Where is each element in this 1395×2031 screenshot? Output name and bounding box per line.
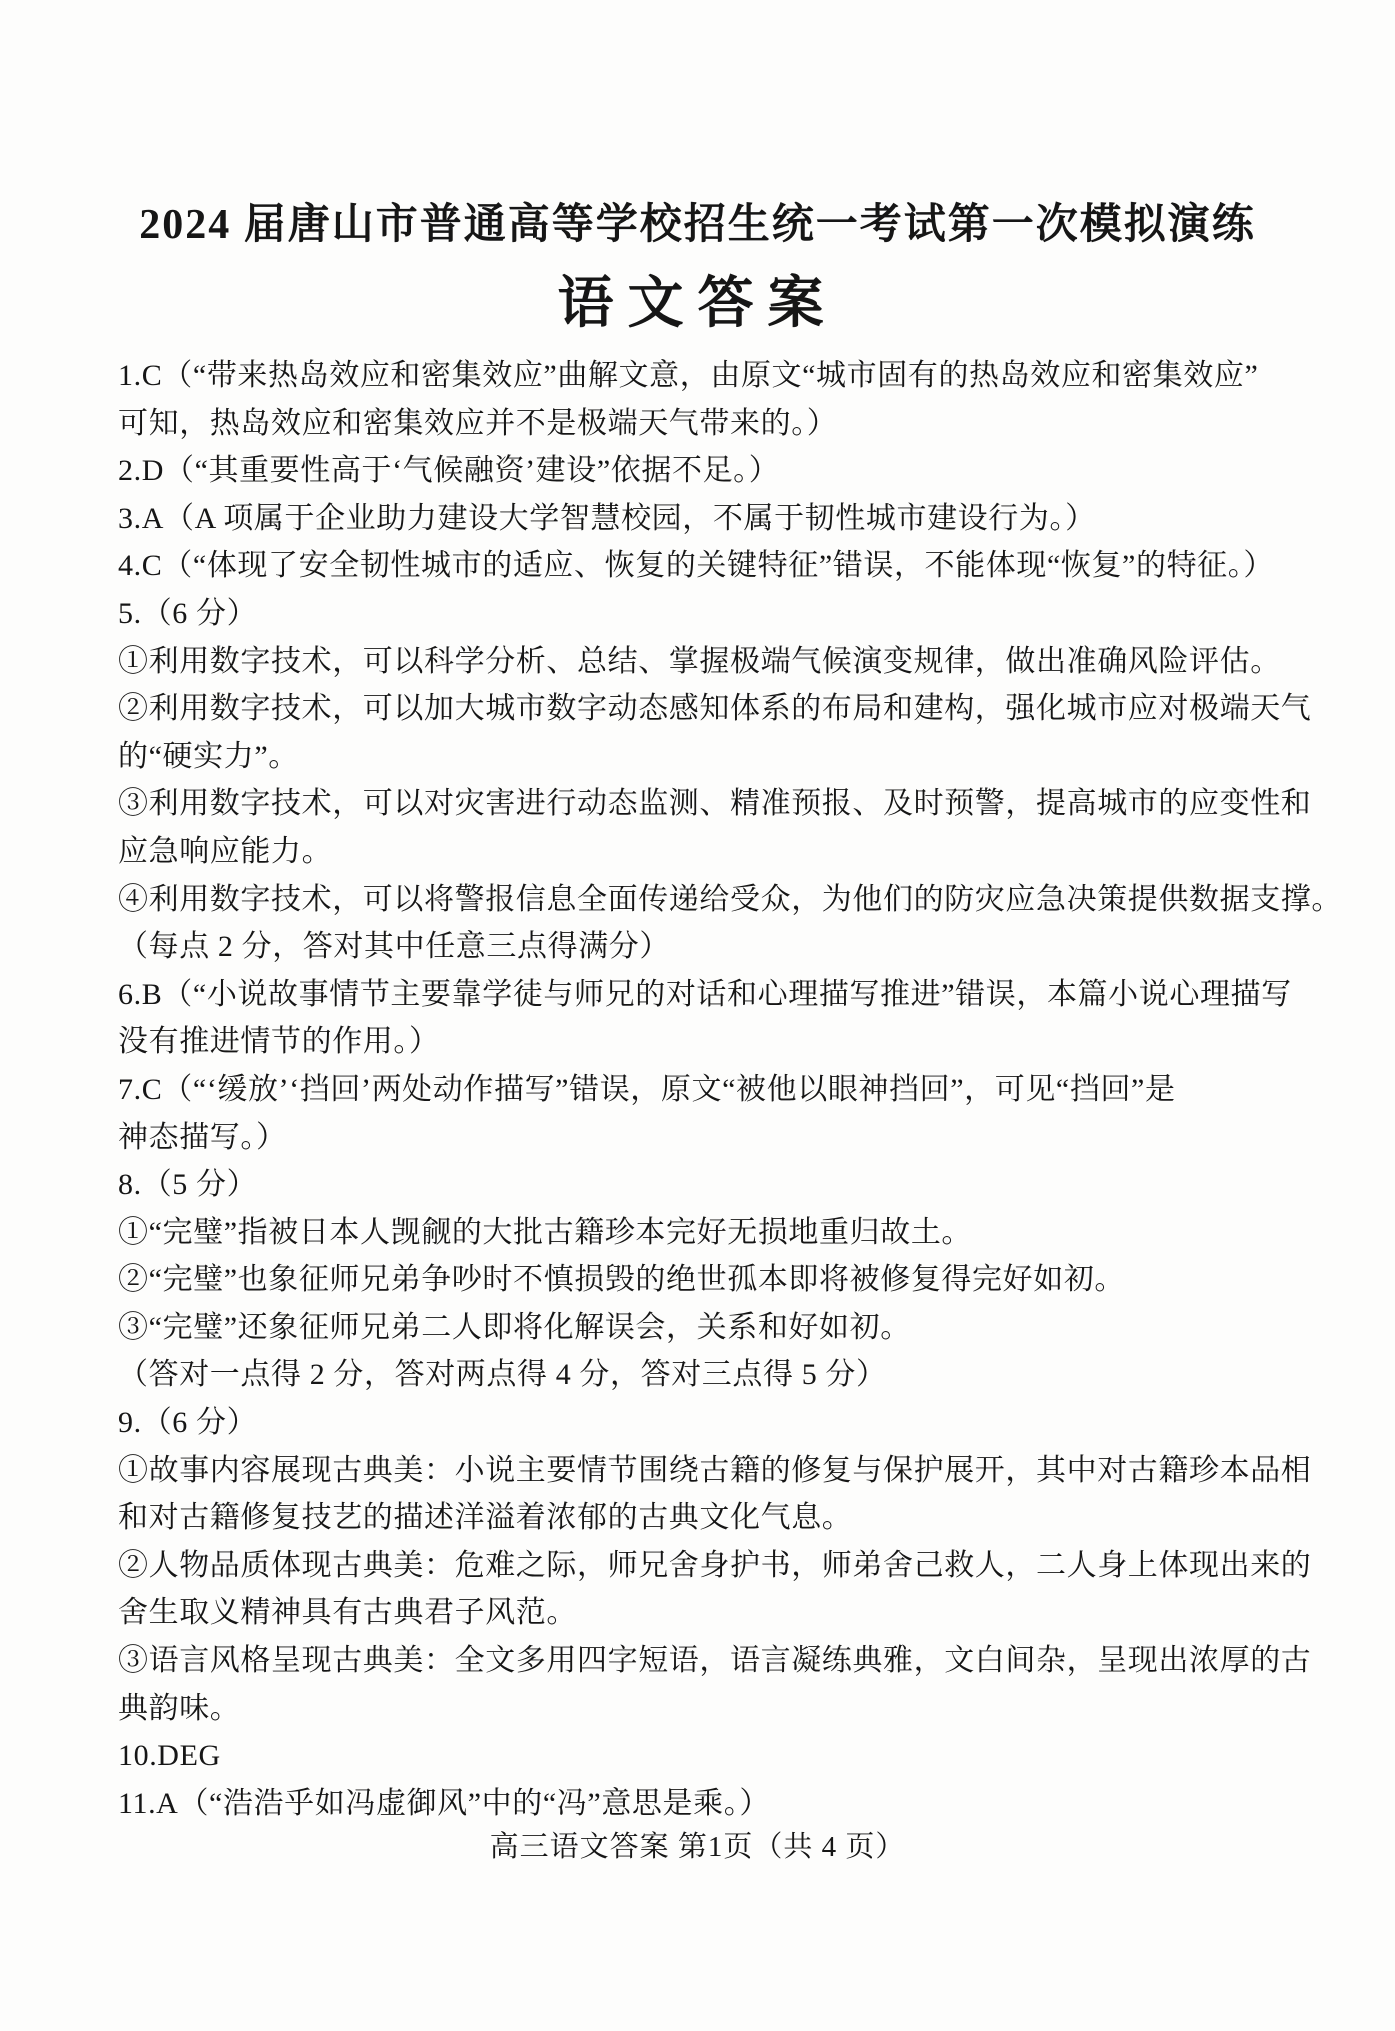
answer-line: （每点 2 分，答对其中任意三点得满分） bbox=[118, 923, 1295, 971]
answer-line: 3.A（A 项属于企业助力建设大学智慧校园，不属于韧性城市建设行为。） bbox=[118, 495, 1295, 543]
answer-line: 8.（5 分） bbox=[118, 1161, 1295, 1209]
answer-line: 舍生取义精神具有古典君子风范。 bbox=[118, 1589, 1295, 1637]
answer-line: 没有推进情节的作用。） bbox=[118, 1018, 1295, 1066]
answer-line: ③利用数字技术，可以对灾害进行动态监测、精准预报、及时预警，提高城市的应变性和 bbox=[118, 780, 1295, 828]
answer-line: ②人物品质体现古典美：危难之际，师兄舍身护书，师弟舍己救人，二人身上体现出来的 bbox=[118, 1542, 1295, 1590]
page-footer: 高三语文答案 第1页（共 4 页） bbox=[0, 1829, 1395, 1865]
answer-line: ③“完璧”还象征师兄弟二人即将化解误会，关系和好如初。 bbox=[118, 1304, 1295, 1352]
answer-line: ②“完璧”也象征师兄弟争吵时不慎损毁的绝世孤本即将被修复得完好如初。 bbox=[118, 1256, 1295, 1304]
answer-line: ①“完璧”指被日本人觊觎的大批古籍珍本完好无损地重归故土。 bbox=[118, 1209, 1295, 1257]
answer-line: ①故事内容展现古典美：小说主要情节围绕古籍的修复与保护展开，其中对古籍珍本品相 bbox=[118, 1447, 1295, 1495]
subject-answer-heading: 语文答案 bbox=[0, 272, 1395, 334]
answer-line: 神态描写。） bbox=[118, 1114, 1295, 1162]
answer-line: 5.（6 分） bbox=[118, 590, 1295, 638]
answer-line: 11.A（“浩浩乎如冯虚御风”中的“冯”意思是乘。） bbox=[118, 1780, 1295, 1828]
answer-line: 应急响应能力。 bbox=[118, 828, 1295, 876]
answers-body: 1.C（“带来热岛效应和密集效应”曲解文意，由原文“城市固有的热岛效应和密集效应… bbox=[118, 352, 1295, 1827]
answer-line: ③语言风格呈现古典美：全文多用四字短语，语言凝练典雅，文白间杂，呈现出浓厚的古 bbox=[118, 1637, 1295, 1685]
exam-title: 2024 届唐山市普通高等学校招生统一考试第一次模拟演练 bbox=[0, 200, 1395, 250]
answer-line: ②利用数字技术，可以加大城市数字动态感知体系的布局和建构，强化城市应对极端天气 bbox=[118, 685, 1295, 733]
answer-line: （答对一点得 2 分，答对两点得 4 分，答对三点得 5 分） bbox=[118, 1351, 1295, 1399]
answer-line: 典韵味。 bbox=[118, 1685, 1295, 1733]
answer-line: 4.C（“体现了安全韧性城市的适应、恢复的关键特征”错误，不能体现“恢复”的特征… bbox=[118, 542, 1295, 590]
answer-line: 6.B（“小说故事情节主要靠学徒与师兄的对话和心理描写推进”错误，本篇小说心理描… bbox=[118, 971, 1295, 1019]
answer-line: 10.DEG bbox=[118, 1732, 1295, 1780]
answer-line: 7.C（“‘缓放’‘挡回’两处动作描写”错误，原文“被他以眼神挡回”，可见“挡回… bbox=[118, 1066, 1295, 1114]
answer-sheet-page: 2024 届唐山市普通高等学校招生统一考试第一次模拟演练 语文答案 1.C（“带… bbox=[0, 0, 1395, 2031]
answer-line: 可知，热岛效应和密集效应并不是极端天气带来的。） bbox=[118, 400, 1295, 448]
answer-line: 9.（6 分） bbox=[118, 1399, 1295, 1447]
answer-line: 和对古籍修复技艺的描述洋溢着浓郁的古典文化气息。 bbox=[118, 1494, 1295, 1542]
answer-line: 的“硬实力”。 bbox=[118, 733, 1295, 781]
answer-line: 2.D（“其重要性高于‘气候融资’建设”依据不足。） bbox=[118, 447, 1295, 495]
answer-line: 1.C（“带来热岛效应和密集效应”曲解文意，由原文“城市固有的热岛效应和密集效应… bbox=[118, 352, 1295, 400]
answer-line: ①利用数字技术，可以科学分析、总结、掌握极端气候演变规律，做出准确风险评估。 bbox=[118, 638, 1295, 686]
answer-line: ④利用数字技术，可以将警报信息全面传递给受众，为他们的防灾应急决策提供数据支撑。 bbox=[118, 876, 1295, 924]
